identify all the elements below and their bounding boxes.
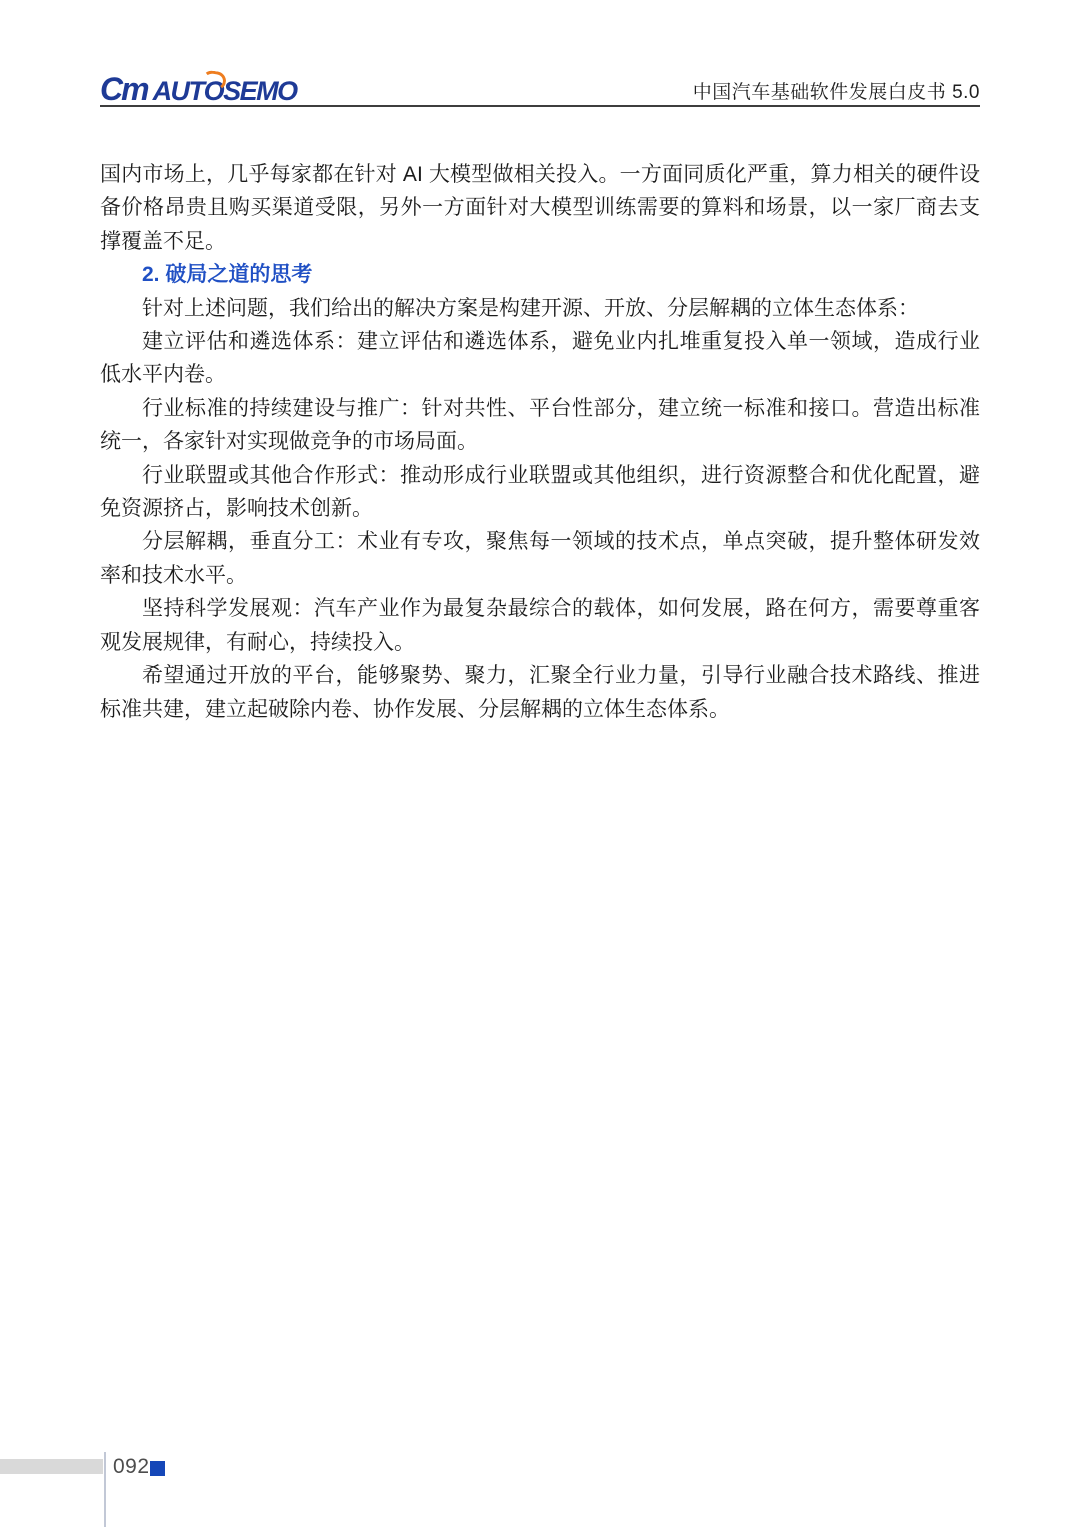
body-paragraph: 行业标准的持续建设与推广：针对共性、平台性部分，建立统一标准和接口。营造出标准统… bbox=[100, 392, 980, 459]
document-title: 中国汽车基础软件发展白皮书 5.0 bbox=[693, 77, 980, 104]
body-paragraph: 建立评估和遴选体系：建立评估和遴选体系，避免业内扎堆重复投入单一领域，造成行业低… bbox=[100, 325, 980, 392]
whitepaper-page: Cm AUTOSEMO 中国汽车基础软件发展白皮书 5.0 国内市场上，几乎每家… bbox=[0, 0, 1080, 1527]
page-number-square-icon bbox=[150, 1461, 165, 1476]
page-body: 国内市场上，几乎每家都在针对 AI 大模型做相关投入。一方面同质化严重，算力相关… bbox=[100, 158, 980, 726]
body-paragraph: 行业联盟或其他合作形式：推动形成行业联盟或其他组织，进行资源整合和优化配置，避免… bbox=[100, 459, 980, 526]
footer-left-bar bbox=[0, 1459, 103, 1474]
body-paragraph: 分层解耦，垂直分工：术业有专攻，聚焦每一领域的技术点，单点突破，提升整体研发效率… bbox=[100, 525, 980, 592]
body-paragraph: 坚持科学发展观：汽车产业作为最复杂最综合的载体，如何发展，路在何方，需要尊重客观… bbox=[100, 592, 980, 659]
autosemo-logo: Cm AUTOSEMO bbox=[100, 71, 297, 108]
body-paragraph: 针对上述问题，我们给出的解决方案是构建开源、开放、分层解耦的立体生态体系： bbox=[100, 292, 980, 325]
logo-text-aut: AUT bbox=[153, 76, 204, 106]
section-heading: 2. 破局之道的思考 bbox=[100, 258, 980, 291]
intro-paragraph: 国内市场上，几乎每家都在针对 AI 大模型做相关投入。一方面同质化严重，算力相关… bbox=[100, 158, 980, 258]
logo-wordmark: AUTOSEMO bbox=[153, 76, 297, 107]
footer-vertical-line bbox=[104, 1452, 106, 1527]
header-divider bbox=[100, 105, 980, 107]
logo-text-semo: SEMO bbox=[223, 76, 297, 106]
page-number: 092 bbox=[113, 1455, 150, 1479]
logo-cm-mark: Cm bbox=[100, 71, 148, 108]
logo-o-swoosh-icon: O bbox=[204, 76, 224, 107]
body-paragraph: 希望通过开放的平台，能够聚势、聚力，汇聚全行业力量，引导行业融合技术路线、推进标… bbox=[100, 659, 980, 726]
